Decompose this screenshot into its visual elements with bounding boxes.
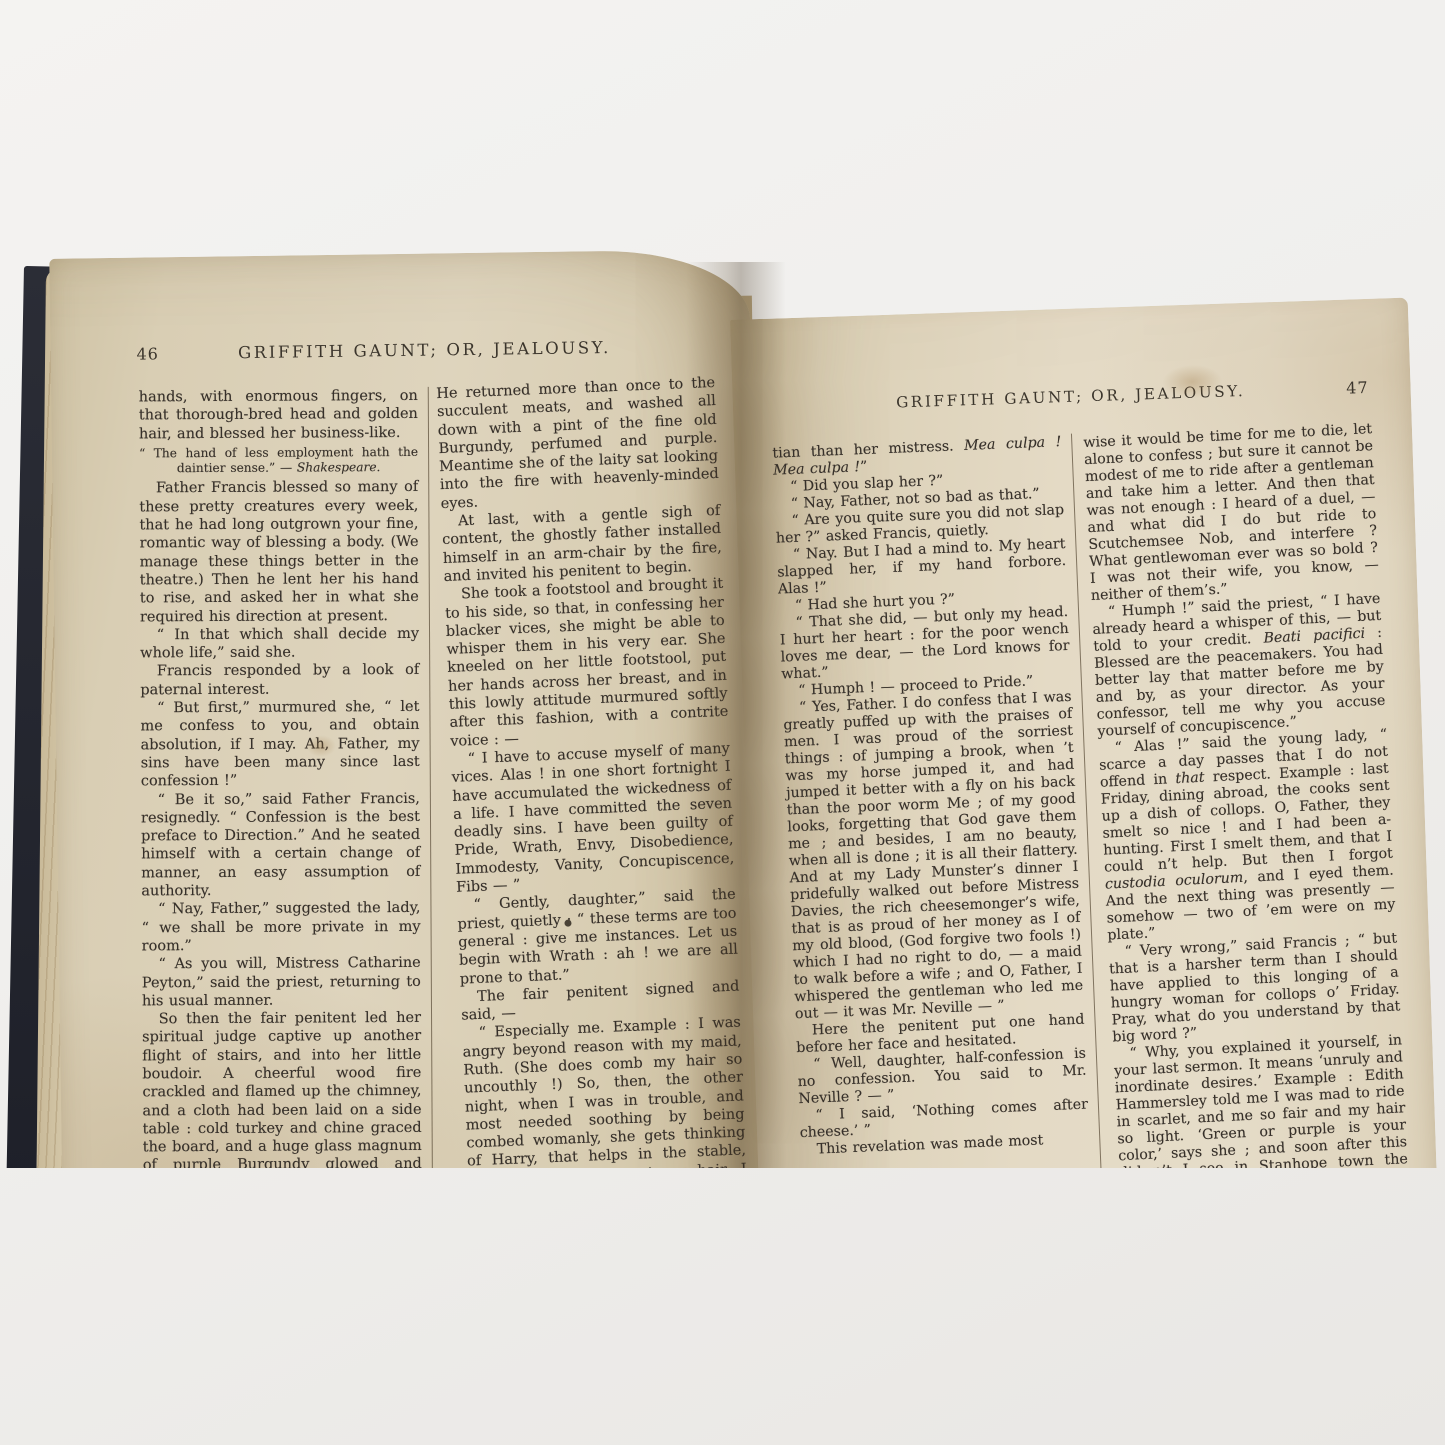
left-page-column-2: He returned more than once to the succul… — [425, 374, 749, 1168]
right-page-columns: tian than her mistress. Mea culpa ! Mea … — [772, 426, 1397, 1168]
paragraph: She took a footstool and brought it to h… — [444, 575, 729, 751]
right-page-column-2: wise it would be time for me to die, let… — [1072, 421, 1409, 1168]
paragraph: He returned more than once to the succul… — [436, 374, 720, 513]
paragraph: “ That she did, — but only my head. I hu… — [779, 604, 1070, 684]
paragraph: “ Yes, Father. I do confess that I was g… — [782, 689, 1084, 1023]
paragraph: “ Be it so,” said Father Francis, resign… — [141, 790, 421, 901]
left-page-number: 46 — [136, 345, 159, 364]
running-title: GRIFFITH GAUNT; OR, JEALOUSY. — [238, 338, 611, 362]
left-page-header: 46 GRIFFITH GAUNT; OR, JEALOUSY. — [134, 338, 714, 364]
paragraph: “ The hand of less employment hath the d… — [139, 445, 418, 476]
left-page: 46 GRIFFITH GAUNT; OR, JEALOUSY. hands, … — [49, 249, 762, 1168]
paragraph: “ Alas !” said the young lady, “ scarce … — [1098, 727, 1397, 945]
photo-background: 46 GRIFFITH GAUNT; OR, JEALOUSY. hands, … — [0, 0, 1445, 1445]
right-page-header: GRIFFITH GAUNT; OR, JEALOUSY. 47 — [771, 379, 1371, 416]
left-page-columns: hands, with enormous fingers, on that th… — [135, 382, 727, 1168]
paragraph: “ In that which shall decide my whole li… — [140, 625, 419, 663]
paragraph: “ Why, you explained it yourself, in you… — [1113, 1032, 1409, 1168]
paragraph: “ As you will, Mistress Catharine Peyton… — [142, 954, 421, 1010]
paragraph: Francis responded by a look of paternal … — [140, 662, 419, 700]
paragraph: “ I have to accuse myself of many vices.… — [451, 740, 736, 897]
paragraph: “ Nay, Father,” suggested the lady, “ we… — [141, 899, 420, 955]
paragraph: “ But first,” murmured she, “ let me con… — [140, 698, 419, 791]
paragraph: Father Francis blessed so many of these … — [139, 479, 419, 627]
paragraph: “ Especially me. Example : I was angry b… — [462, 1014, 750, 1168]
right-page-number: 47 — [1346, 379, 1369, 397]
paragraph: hands, with enormous fingers, on that th… — [139, 387, 418, 443]
paragraph: “ Gently, daughter,” said the priest, qu… — [457, 886, 739, 989]
right-page-column-1: tian than her mistress. Mea culpa ! Mea … — [772, 434, 1102, 1168]
paragraph: “ Very wrong,” said Francis ; “ but that… — [1108, 930, 1402, 1046]
running-title: GRIFFITH GAUNT; OR, JEALOUSY. — [896, 382, 1246, 412]
right-page: GRIFFITH GAUNT; OR, JEALOUSY. 47 tian th… — [730, 298, 1437, 1168]
left-page-column-1: hands, with enormous fingers, on that th… — [139, 387, 433, 1168]
paragraph: At last, with a gentle sigh of content, … — [441, 502, 723, 586]
paragraph: wise it would be time for me to die, let… — [1083, 421, 1380, 605]
ink-speck — [564, 920, 571, 927]
paragraph: “ Humph !” said the priest, “ I have alr… — [1091, 591, 1386, 741]
paragraph: So then the fair penitent led her spirit… — [142, 1009, 422, 1168]
open-book: 46 GRIFFITH GAUNT; OR, JEALOUSY. hands, … — [0, 0, 1445, 1168]
